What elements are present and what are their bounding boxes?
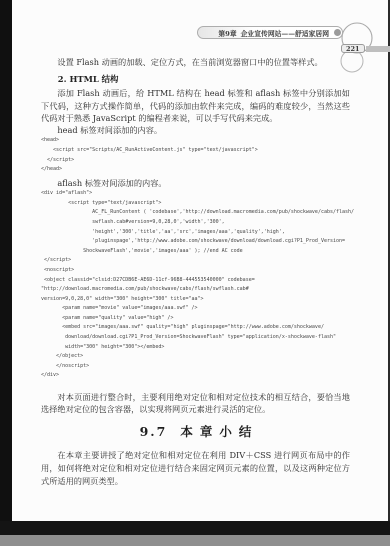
caption-aflash-code: aflash 标签对间添加的内容。	[41, 177, 350, 189]
section-number: 9.7	[140, 424, 168, 439]
chapter-number: 第9章	[218, 28, 236, 38]
section-title: 本章小结	[180, 424, 258, 439]
capsule-dot-icon	[334, 29, 341, 36]
section-heading: 9.7本章小结	[41, 424, 350, 440]
code-block-head: <head> <script src="Scripts/AC_RunActive…	[41, 136, 350, 174]
scanned-book-page: 第9章 企业宣传网站——舒适家居网 221 设置 Flash 动画的加载、定位方…	[0, 0, 390, 546]
page-number: 221	[341, 44, 365, 53]
scan-edge-left	[0, 0, 12, 535]
paragraph-flash-style: 设置 Flash 动画的加载、定位方式，在当前浏览器窗口中的位置等样式。	[41, 56, 350, 68]
paragraph-add-code: 添加 Flash 动画后，给 HTML 结构在 head 标签和 aflash …	[41, 87, 350, 124]
subheading-html-structure: 2. HTML 结构	[41, 73, 350, 85]
code-block-aflash: <div id="aflash"> <script type="text/jav…	[41, 189, 350, 381]
chapter-title: 企业宣传网站——舒适家居网	[241, 28, 329, 38]
paragraph-summary: 在本章主要讲授了绝对定位和相对定位在利用 DIV＋CSS 进行网页布局中的作用，…	[41, 449, 350, 489]
caption-head-code: head 标签对间添加的内容。	[41, 124, 350, 136]
paragraph-positioning: 对本页面进行整合时，主要利用绝对定位和相对定位技术的相互结合，要恰当地选择绝对定…	[41, 391, 350, 416]
page-number-bar	[366, 46, 390, 52]
scan-edge-bottom	[0, 521, 390, 535]
scan-edge-bottom-gray	[0, 535, 390, 546]
page-number-tab: 221	[341, 44, 390, 53]
page-body: 设置 Flash 动画的加载、定位方式，在当前浏览器窗口中的位置等样式。 2. …	[41, 56, 350, 488]
running-head: 第9章 企业宣传网站——舒适家居网	[197, 26, 343, 39]
